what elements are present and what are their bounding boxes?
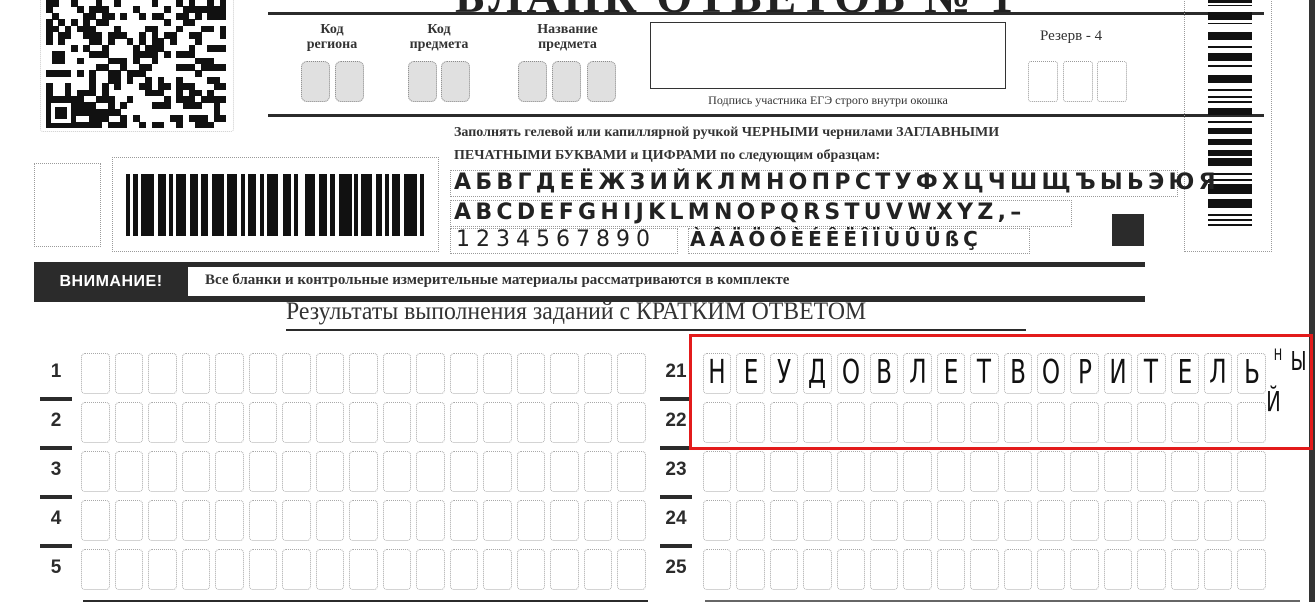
answer-cell[interactable] bbox=[736, 451, 764, 492]
answer-cell[interactable] bbox=[1171, 500, 1199, 541]
row-separator bbox=[40, 446, 72, 450]
answer-cell[interactable] bbox=[148, 549, 177, 590]
answer-cell[interactable] bbox=[550, 500, 579, 541]
answer-cell[interactable] bbox=[584, 500, 613, 541]
answer-cell[interactable] bbox=[937, 451, 965, 492]
answer-cell[interactable] bbox=[416, 549, 445, 590]
signature-box[interactable] bbox=[650, 22, 1006, 89]
task-number: 1 bbox=[36, 361, 76, 383]
answer-cell[interactable] bbox=[249, 549, 278, 590]
answer-cell[interactable] bbox=[450, 549, 479, 590]
section-title: Результаты выполнения заданий с КРАТКИМ … bbox=[286, 298, 866, 326]
header-bottom-rule bbox=[268, 114, 1264, 117]
answer-cell[interactable] bbox=[1137, 500, 1165, 541]
answer-cell[interactable] bbox=[450, 353, 479, 394]
answer-cell[interactable] bbox=[450, 451, 479, 492]
answer-cell[interactable] bbox=[517, 353, 546, 394]
answer-cell[interactable] bbox=[1104, 451, 1132, 492]
answer-cell[interactable] bbox=[316, 353, 345, 394]
answer-cell[interactable] bbox=[903, 500, 931, 541]
region-code-label: Код региона bbox=[296, 22, 368, 52]
answer-cell[interactable] bbox=[316, 549, 345, 590]
answer-cell[interactable] bbox=[483, 500, 512, 541]
anchor-square bbox=[1112, 214, 1144, 246]
answer-cell[interactable] bbox=[870, 549, 898, 590]
answer-cell[interactable] bbox=[249, 402, 278, 443]
answer-cell[interactable] bbox=[517, 549, 546, 590]
answer-cell[interactable] bbox=[517, 500, 546, 541]
answer-cell[interactable] bbox=[1137, 549, 1165, 590]
answer-cell[interactable] bbox=[416, 500, 445, 541]
answer-cell[interactable] bbox=[483, 451, 512, 492]
task-number: 23 bbox=[656, 459, 696, 481]
answer-cell[interactable] bbox=[115, 353, 144, 394]
answer-cell[interactable] bbox=[770, 451, 798, 492]
answer-cell[interactable] bbox=[1004, 549, 1032, 590]
answer-cell[interactable] bbox=[349, 500, 378, 541]
answer-cell[interactable] bbox=[416, 353, 445, 394]
answer-cell[interactable] bbox=[803, 500, 831, 541]
answer-cell[interactable] bbox=[450, 402, 479, 443]
instructions-line2: ПЕЧАТНЫМИ БУКВАМИ и ЦИФРАМИ по следующим… bbox=[454, 148, 880, 164]
answer-cell[interactable] bbox=[282, 353, 311, 394]
answer-cell[interactable] bbox=[215, 402, 244, 443]
answer-cell[interactable] bbox=[837, 549, 865, 590]
answer-cell[interactable] bbox=[1204, 500, 1232, 541]
answer-cell[interactable] bbox=[249, 451, 278, 492]
answer-cell[interactable] bbox=[1204, 451, 1232, 492]
row-separator bbox=[660, 397, 692, 401]
answer-cell[interactable] bbox=[215, 500, 244, 541]
answer-cell[interactable] bbox=[282, 549, 311, 590]
answer-cell[interactable] bbox=[550, 402, 579, 443]
warning-badge: ВНИМАНИЕ! bbox=[34, 267, 188, 297]
answer-cell[interactable] bbox=[115, 500, 144, 541]
answer-cell[interactable] bbox=[81, 402, 110, 443]
answer-cell[interactable] bbox=[182, 500, 211, 541]
answer-cell[interactable] bbox=[870, 500, 898, 541]
answer-cell[interactable] bbox=[1237, 549, 1265, 590]
answer-cell[interactable] bbox=[617, 451, 646, 492]
answer-cell[interactable] bbox=[450, 500, 479, 541]
subject-name-cell[interactable] bbox=[587, 61, 616, 102]
answer-cell[interactable] bbox=[148, 402, 177, 443]
answer-cell[interactable] bbox=[617, 500, 646, 541]
answer-cell[interactable] bbox=[736, 549, 764, 590]
highlight-box bbox=[689, 334, 1313, 450]
signature-caption: Подпись участника ЕГЭ строго внутри окош… bbox=[650, 93, 1006, 108]
row-separator bbox=[660, 446, 692, 450]
answer-cell[interactable] bbox=[1104, 549, 1132, 590]
answer-cell[interactable] bbox=[282, 451, 311, 492]
title-rule bbox=[268, 12, 1264, 15]
answer-cell[interactable] bbox=[617, 402, 646, 443]
subject-name-label: Название предмета bbox=[520, 22, 615, 52]
blank-mark-box bbox=[34, 163, 101, 247]
answer-cell[interactable] bbox=[416, 402, 445, 443]
subject-code-cell[interactable] bbox=[441, 61, 470, 102]
row-separator bbox=[660, 495, 692, 499]
answer-cell[interactable] bbox=[1204, 549, 1232, 590]
answer-cell[interactable] bbox=[1004, 500, 1032, 541]
answer-cell[interactable] bbox=[703, 451, 731, 492]
answer-cell[interactable] bbox=[1171, 549, 1199, 590]
answer-cell[interactable] bbox=[1037, 549, 1065, 590]
answer-cell[interactable] bbox=[870, 451, 898, 492]
warning-text: Все бланки и контрольные измерительные м… bbox=[205, 272, 789, 289]
answer-cell[interactable] bbox=[703, 549, 731, 590]
answer-cell[interactable] bbox=[282, 500, 311, 541]
row-separator bbox=[40, 544, 72, 548]
answer-cell[interactable] bbox=[517, 451, 546, 492]
answer-cell[interactable] bbox=[349, 353, 378, 394]
answer-cell[interactable] bbox=[517, 402, 546, 443]
answer-cell[interactable] bbox=[249, 500, 278, 541]
answer-cell[interactable] bbox=[1004, 451, 1032, 492]
answer-cell[interactable] bbox=[383, 402, 412, 443]
answer-cell[interactable] bbox=[770, 549, 798, 590]
reserve-cell[interactable] bbox=[1063, 61, 1093, 102]
answer-cell[interactable] bbox=[249, 353, 278, 394]
answer-cell[interactable] bbox=[182, 549, 211, 590]
answer-cell[interactable] bbox=[970, 451, 998, 492]
reserve-cell[interactable] bbox=[1097, 61, 1127, 102]
answer-cell[interactable] bbox=[970, 549, 998, 590]
subject-code-cell[interactable] bbox=[408, 61, 437, 102]
answer-cell[interactable] bbox=[316, 500, 345, 541]
reserve-cell[interactable] bbox=[1028, 61, 1058, 102]
answer-cell[interactable] bbox=[937, 500, 965, 541]
horizontal-barcode bbox=[126, 174, 424, 236]
answer-cell[interactable] bbox=[282, 402, 311, 443]
answer-cell[interactable] bbox=[837, 451, 865, 492]
answer-cell[interactable] bbox=[617, 549, 646, 590]
answer-cell[interactable] bbox=[736, 500, 764, 541]
answer-cell[interactable] bbox=[837, 500, 865, 541]
answer-cell[interactable] bbox=[215, 549, 244, 590]
subject-name-cell[interactable] bbox=[518, 61, 547, 102]
instructions-line1: Заполнять гелевой или капиллярной ручкой… bbox=[454, 125, 999, 141]
answer-cell[interactable] bbox=[115, 402, 144, 443]
task-number: 3 bbox=[36, 459, 76, 481]
answer-cell[interactable] bbox=[115, 451, 144, 492]
answer-cell[interactable] bbox=[349, 402, 378, 443]
row-separator bbox=[40, 397, 72, 401]
region-code-cell[interactable] bbox=[301, 61, 330, 102]
answer-cell[interactable] bbox=[703, 500, 731, 541]
answer-cell[interactable] bbox=[1037, 500, 1065, 541]
answer-cell[interactable] bbox=[182, 451, 211, 492]
answer-cell[interactable] bbox=[148, 451, 177, 492]
answer-cell[interactable] bbox=[1037, 451, 1065, 492]
answer-cell[interactable] bbox=[803, 549, 831, 590]
answer-cell[interactable] bbox=[81, 451, 110, 492]
answer-cell[interactable] bbox=[416, 451, 445, 492]
answer-cell[interactable] bbox=[383, 549, 412, 590]
region-code-cell[interactable] bbox=[335, 61, 364, 102]
warning-top-rule bbox=[34, 262, 1145, 267]
answer-cell[interactable] bbox=[1137, 451, 1165, 492]
task-number: 4 bbox=[36, 508, 76, 530]
section-title-underline bbox=[286, 329, 1026, 331]
sample-digits: 1234567890 bbox=[456, 227, 656, 252]
answer-cell[interactable] bbox=[182, 402, 211, 443]
answer-cell[interactable] bbox=[1070, 500, 1098, 541]
answer-cell[interactable] bbox=[584, 451, 613, 492]
answer-cell[interactable] bbox=[115, 549, 144, 590]
row-separator bbox=[660, 544, 692, 548]
answer-cell[interactable] bbox=[483, 402, 512, 443]
answer-cell[interactable] bbox=[617, 353, 646, 394]
answer-cell[interactable] bbox=[316, 402, 345, 443]
answer-cell[interactable] bbox=[383, 500, 412, 541]
answer-cell[interactable] bbox=[148, 500, 177, 541]
answer-cell[interactable] bbox=[584, 353, 613, 394]
answer-cell[interactable] bbox=[81, 549, 110, 590]
answer-cell[interactable] bbox=[182, 353, 211, 394]
task-number: 2 bbox=[36, 410, 76, 432]
answer-cell[interactable] bbox=[803, 451, 831, 492]
row-separator bbox=[40, 495, 72, 499]
subject-name-cell[interactable] bbox=[552, 61, 581, 102]
answer-cell[interactable] bbox=[970, 500, 998, 541]
answer-cell[interactable] bbox=[584, 402, 613, 443]
answer-cell[interactable] bbox=[483, 353, 512, 394]
answer-cell[interactable] bbox=[383, 353, 412, 394]
sample-latin: ABCDEFGHIJKLMNOPQRSTUVWXYZ,– bbox=[454, 200, 1026, 225]
answer-cell[interactable] bbox=[937, 549, 965, 590]
answer-cell[interactable] bbox=[903, 549, 931, 590]
task-number: 24 bbox=[656, 508, 696, 530]
answer-cell[interactable] bbox=[1237, 500, 1265, 541]
answer-cell[interactable] bbox=[148, 353, 177, 394]
sample-cyrillic: АБВГДЕЁЖЗИЙКЛМНОПРСТУФХЦЧШЩЪЫЬЭЮЯ bbox=[454, 170, 1220, 195]
answer-cell[interactable] bbox=[1237, 451, 1265, 492]
answer-cell[interactable] bbox=[1070, 451, 1098, 492]
subject-code-label: Код предмета bbox=[398, 22, 480, 52]
answer-cell[interactable] bbox=[383, 451, 412, 492]
answer-cell[interactable] bbox=[550, 451, 579, 492]
answer-cell[interactable] bbox=[349, 549, 378, 590]
answer-cell[interactable] bbox=[550, 549, 579, 590]
answer-cell[interactable] bbox=[215, 353, 244, 394]
answer-cell[interactable] bbox=[316, 451, 345, 492]
answer-cell[interactable] bbox=[1171, 451, 1199, 492]
answer-cell[interactable] bbox=[770, 500, 798, 541]
answer-cell[interactable] bbox=[584, 549, 613, 590]
answer-cell[interactable] bbox=[215, 451, 244, 492]
answer-cell[interactable] bbox=[550, 353, 579, 394]
answer-cell[interactable] bbox=[349, 451, 378, 492]
answer-cell[interactable] bbox=[903, 451, 931, 492]
sample-diacritics: ÀÂÄÖÔÈÉÊËÎÏÙÛÜßÇ bbox=[690, 227, 982, 251]
right-edge-bar bbox=[1309, 0, 1315, 602]
answer-cell[interactable] bbox=[1070, 549, 1098, 590]
qr-code bbox=[46, 0, 226, 128]
answer-cell[interactable] bbox=[1104, 500, 1132, 541]
answer-cell[interactable] bbox=[483, 549, 512, 590]
task-number: 5 bbox=[36, 557, 76, 579]
reserve-label: Резерв - 4 bbox=[1040, 28, 1102, 45]
task-number: 25 bbox=[656, 557, 696, 579]
answer-cell[interactable] bbox=[81, 353, 110, 394]
answer-cell[interactable] bbox=[81, 500, 110, 541]
